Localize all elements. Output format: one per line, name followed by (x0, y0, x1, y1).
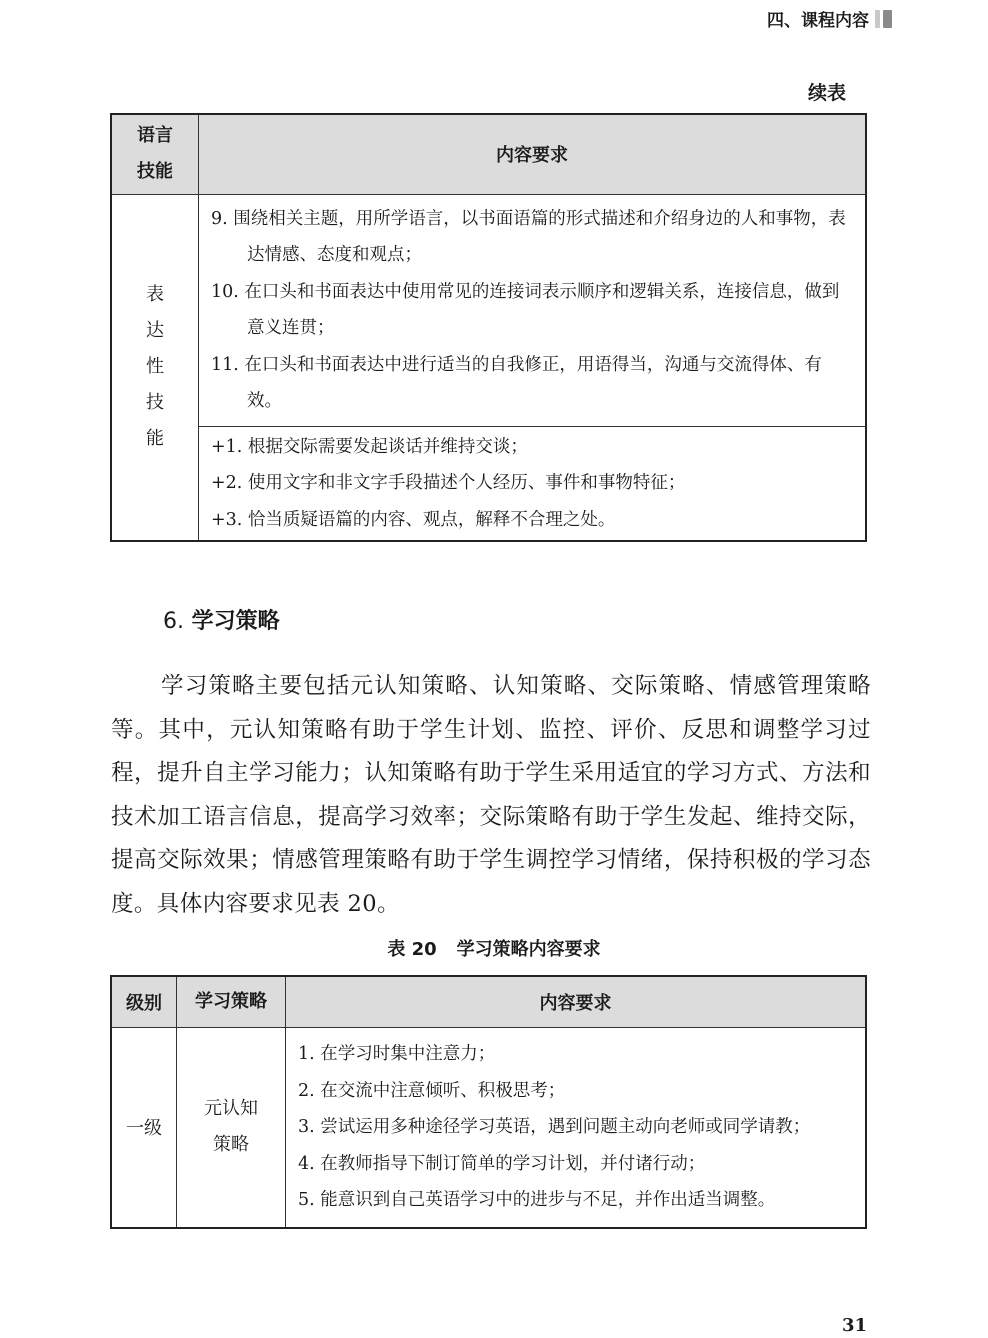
header-bar-icon (875, 10, 892, 28)
column-header-strategy: 学习策略 (177, 976, 286, 1028)
continued-table: 语言 技能 内容要求 表 达 性 技 能 9. 围绕相关主题，用所学语言，以书面… (110, 113, 867, 542)
plus-requirements-cell: +1. 根据交际需要发起谈话并维持交谈； +2. 使用文字和非文字手段描述个人经… (199, 426, 867, 541)
list-item: 1. 在学习时集中注意力； (298, 1036, 857, 1073)
column-header-content: 内容要求 (286, 976, 867, 1028)
list-item: 2. 在交流中注意倾听、积极思考； (298, 1073, 857, 1110)
section-heading: 6. 学习策略 (163, 604, 280, 635)
table-row: 表 达 性 技 能 9. 围绕相关主题，用所学语言，以书面语篇的形式描述和介绍身… (111, 194, 866, 426)
level-cell: 一级 (111, 1028, 177, 1228)
caption-title: 学习策略内容要求 (457, 939, 601, 960)
table-header-row: 语言 技能 内容要求 (111, 114, 866, 194)
table-header-row: 级别 学习策略 内容要求 (111, 976, 866, 1028)
strategy-line: 元认知 (177, 1091, 285, 1127)
caption-number: 表 20 (387, 939, 436, 960)
table-row: 一级 元认知 策略 1. 在学习时集中注意力； 2. 在交流中注意倾听、积极思考… (111, 1028, 866, 1228)
list-item: 11. 在口头和书面表达中进行适当的自我修正，用语得当，沟通与交流得体、有效。 (211, 347, 855, 420)
list-item: 5. 能意识到自己英语学习中的进步与不足，并作出适当调整。 (298, 1182, 857, 1219)
section-number: 6. (163, 609, 184, 634)
strategy-table: 级别 学习策略 内容要求 一级 元认知 策略 1. 在学习时集中注意力； 2. … (110, 975, 867, 1229)
skill-char: 表 (112, 277, 198, 313)
column-header-level: 级别 (111, 976, 177, 1028)
skill-cell: 表 达 性 技 能 (111, 194, 199, 541)
skill-char: 能 (112, 421, 198, 457)
basic-requirements-cell: 9. 围绕相关主题，用所学语言，以书面语篇的形式描述和介绍身边的人和事物，表达情… (199, 194, 867, 426)
header-line: 语言 (112, 118, 198, 154)
skill-char: 达 (112, 313, 198, 349)
list-item: 4. 在教师指导下制订简单的学习计划，并付诸行动； (298, 1146, 857, 1183)
list-item: +2. 使用文字和非文字手段描述个人经历、事件和事物特征； (211, 465, 855, 502)
running-header: 四、课程内容 (767, 6, 892, 31)
table-caption: 表 20学习策略内容要求 (0, 935, 988, 961)
column-header-content: 内容要求 (199, 114, 867, 194)
requirements-cell: 1. 在学习时集中注意力； 2. 在交流中注意倾听、积极思考； 3. 尝试运用多… (286, 1028, 867, 1228)
list-item: 9. 围绕相关主题，用所学语言，以书面语篇的形式描述和介绍身边的人和事物，表达情… (211, 201, 855, 274)
skill-char: 技 (112, 385, 198, 421)
page-number: 31 (842, 1315, 867, 1336)
chapter-title: 四、课程内容 (767, 6, 869, 31)
section-title: 学习策略 (192, 609, 280, 634)
list-item: 3. 尝试运用多种途径学习英语，遇到问题主动向老师或同学请教； (298, 1109, 857, 1146)
list-item: +3. 恰当质疑语篇的内容、观点，解释不合理之处。 (211, 502, 855, 539)
list-item: +1. 根据交际需要发起谈话并维持交谈； (211, 429, 855, 466)
list-item: 10. 在口头和书面表达中使用常见的连接词表示顺序和逻辑关系，连接信息，做到意义… (211, 274, 855, 347)
skill-char: 性 (112, 349, 198, 385)
strategy-line: 策略 (177, 1127, 285, 1163)
continued-table-label: 续表 (808, 78, 846, 105)
strategy-cell: 元认知 策略 (177, 1028, 286, 1228)
table-row: +1. 根据交际需要发起谈话并维持交谈； +2. 使用文字和非文字手段描述个人经… (111, 426, 866, 541)
column-header-skill: 语言 技能 (111, 114, 199, 194)
body-paragraph: 学习策略主要包括元认知策略、认知策略、交际策略、情感管理策略等。其中，元认知策略… (111, 665, 871, 927)
header-line: 技能 (112, 154, 198, 190)
